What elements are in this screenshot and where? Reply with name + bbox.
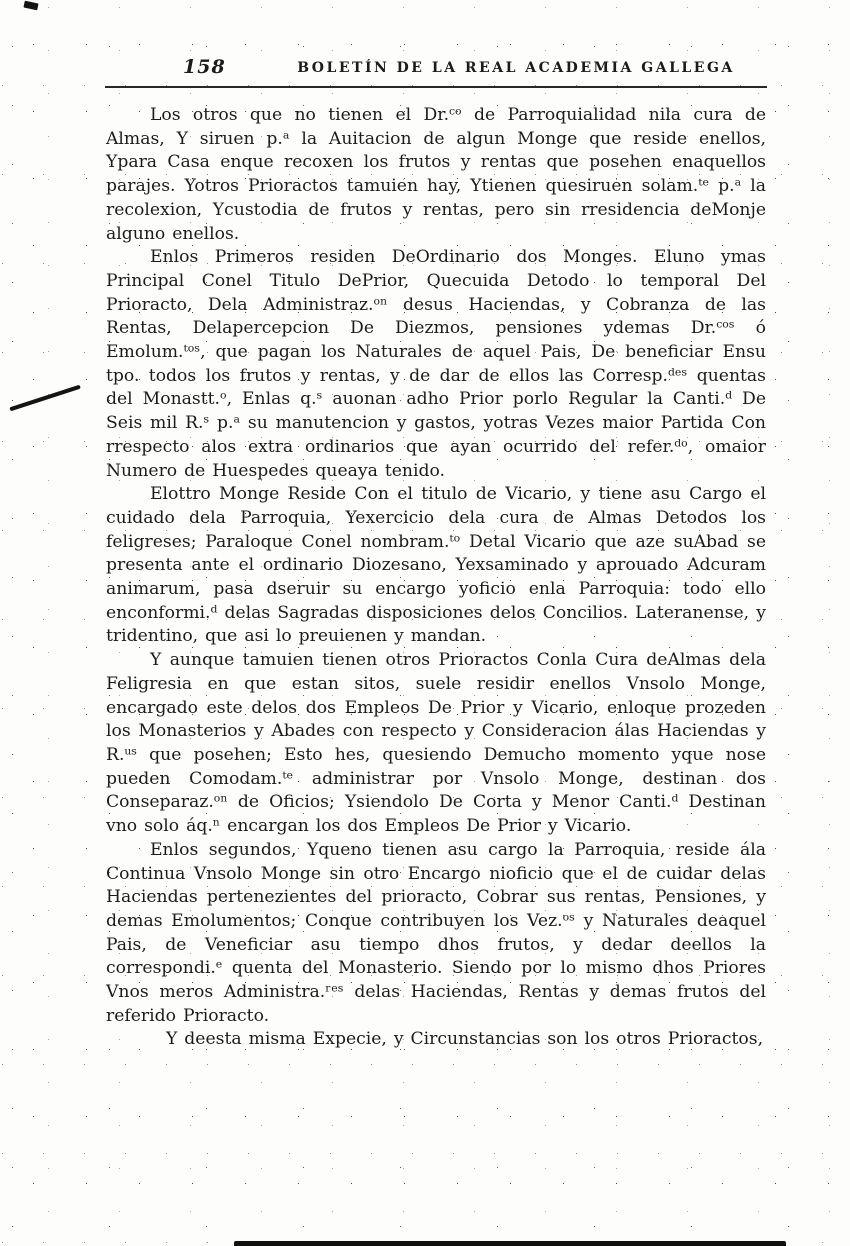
scan-artifact-corner-mark	[23, 1, 38, 11]
paragraph: Y deesta misma Expecie, y Circunstancias…	[106, 1028, 766, 1052]
scan-artifact-bottom-bar	[234, 1241, 786, 1246]
paragraph: Los otros que no tienen el Dr.ᶜᵒ de Parr…	[106, 104, 766, 246]
running-head-title: BOLETÍN DE LA REAL ACADEMIA GALLEGA	[265, 60, 767, 76]
paragraph: Elottro Monge Reside Con el titulo de Vi…	[106, 483, 766, 649]
scan-artifact-pen-mark	[9, 385, 80, 411]
body-text: Los otros que no tienen el Dr.ᶜᵒ de Parr…	[106, 104, 766, 1052]
paragraph: Enlos Primeros residen DeOrdinario dos M…	[106, 246, 766, 483]
page-number: 158	[183, 56, 226, 78]
paragraph: Enlos segundos, Yqueno tienen asu cargo …	[106, 839, 766, 1029]
scanned-book-page: 158 BOLETÍN DE LA REAL ACADEMIA GALLEGA …	[0, 0, 850, 1246]
page-header: 158 BOLETÍN DE LA REAL ACADEMIA GALLEGA	[105, 52, 767, 88]
paragraph: Y aunque tamuien tienen otros Prioractos…	[106, 649, 766, 839]
